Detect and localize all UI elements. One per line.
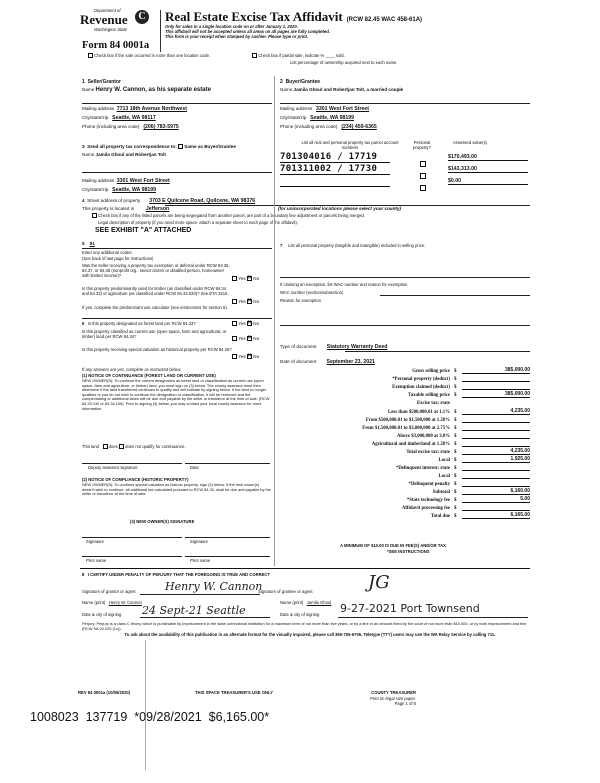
section-4-number: 4 bbox=[82, 198, 85, 203]
parcel-number-field[interactable] bbox=[280, 176, 390, 187]
dor-logo: Department of Revenue Washington State C bbox=[80, 8, 150, 38]
parcel-number-field[interactable]: 701311002 / 17730 bbox=[280, 164, 390, 175]
buyer-mailing-field[interactable]: 3301 West Fort Street bbox=[316, 106, 369, 112]
tax-row: From $500,000.01 to $1,500,000 at 1.28%$ bbox=[330, 415, 530, 423]
grantor-date-field[interactable]: 24 Sept-21 Seattle bbox=[142, 604, 246, 617]
does-not-checkbox[interactable] bbox=[119, 444, 124, 449]
assessed-value-field[interactable]: $143,313.00 bbox=[448, 166, 528, 173]
tax-row: Total due$6,165.00 bbox=[330, 511, 530, 519]
s5-q1: Was the seller receiving a property tax … bbox=[82, 263, 232, 278]
assessed-value-field[interactable]: $170,493.00 bbox=[448, 154, 528, 161]
this-land-label: This land bbox=[82, 444, 99, 449]
correspondence-name-label: Name bbox=[82, 152, 94, 157]
tax-row: Agricultural and timberland at 1.28%$ bbox=[330, 439, 530, 447]
multi-location-label: Check box if the sale occurred in more t… bbox=[94, 53, 210, 58]
grantor-signature[interactable]: Henry W. Cannon bbox=[165, 580, 262, 593]
section-1-number: 1 bbox=[82, 79, 85, 85]
tax-row-value[interactable]: 385,000.00 bbox=[462, 391, 530, 398]
parcel-row: 701311002 / 17730$143,313.00 bbox=[280, 164, 535, 175]
street-field[interactable]: 3703 E Quilcene Road, Quilcene, WA 98376 bbox=[149, 198, 255, 204]
agency-name: Revenue bbox=[80, 12, 128, 28]
same-as-buyer-label: Same as Buyer/Grantee bbox=[184, 144, 236, 149]
certify-statement: I CERTIFY UNDER PENALTY OF PERJURY THAT … bbox=[88, 572, 270, 577]
tax-row: Above $3,000,000 at 3.0%$ bbox=[330, 431, 530, 439]
parcel-row: 701304016 / 17719$170,493.00 bbox=[280, 152, 535, 163]
section-3-number: 3 bbox=[82, 144, 85, 149]
section-5-number: 5 bbox=[82, 241, 85, 246]
wac-field[interactable] bbox=[380, 295, 530, 296]
tax-row-value[interactable]: 6,165.00 bbox=[462, 512, 530, 519]
see-instructions: *SEE INSTRUCTIONS bbox=[387, 549, 430, 554]
tax-row: Affidavit processing fee$ bbox=[330, 503, 530, 511]
checkbox[interactable] bbox=[88, 53, 93, 58]
seller-phone-field[interactable]: (206) 783-5975 bbox=[143, 124, 178, 130]
seller-heading: Seller/Grantor bbox=[88, 79, 121, 85]
tax-row-label: Total due bbox=[330, 514, 454, 519]
use-code[interactable]: 91 bbox=[90, 241, 95, 246]
does-not-label: does not qualify for continuance. bbox=[125, 444, 185, 449]
doc-date-label: Date of document bbox=[280, 359, 316, 364]
s6-q2: Is this property classified as current u… bbox=[82, 329, 232, 339]
correspondence-name-field[interactable]: Jamila Ghoul and Robertjan Tolt bbox=[96, 152, 166, 157]
grantee-name-label: Name (print) bbox=[280, 600, 303, 605]
correspondence-heading: Send all property tax correspondence to: bbox=[87, 144, 177, 149]
section-7-number: 7 bbox=[280, 243, 282, 248]
buyer-city-field[interactable]: Seattle, WA 98199 bbox=[310, 115, 354, 121]
exemption-note: If claiming an exemption, list WAC numbe… bbox=[280, 282, 409, 287]
treasurer-stamp: 1008023 137719 *09/28/2021 $6,165.00* bbox=[30, 710, 269, 724]
tax-row: Gross selling price$385,000.00 bbox=[330, 366, 530, 374]
tax-row: Subtotal$6,160.00 bbox=[330, 487, 530, 495]
minimum-note: A MINIMUM OF $10.00 IS DUE IN FEE(S) AND… bbox=[340, 543, 446, 548]
buyer-mailing-label: Mailing address bbox=[280, 106, 312, 111]
s6-q1-no-checkbox[interactable] bbox=[247, 321, 252, 326]
owner-print-1-label[interactable]: Print name bbox=[86, 558, 106, 563]
personal-property-checkbox[interactable] bbox=[420, 185, 426, 191]
buyer-name-field[interactable]: Jamila Ghoul and Robertjan Tolt, a marri… bbox=[294, 87, 404, 92]
treasurer-only-label: THIS SPACE TREASURER'S USE ONLY bbox=[195, 690, 273, 695]
personal-property-label: List all personal property (tangible and… bbox=[288, 243, 425, 248]
county-select[interactable]: Jefferson bbox=[146, 206, 169, 212]
partial-sale-note: List percentage of ownership acquired ne… bbox=[290, 60, 398, 65]
tax-row-label: Excise tax: state bbox=[330, 401, 454, 406]
grantee-date-label: Date & city of signing bbox=[280, 612, 319, 617]
owner-sig-2-label[interactable]: Signature bbox=[190, 539, 208, 544]
parcel-col-header: List all real and personal property tax … bbox=[300, 140, 400, 150]
legal-description[interactable]: SEE EXHIBIT "A" ATTACHED bbox=[95, 227, 191, 234]
doc-date-field[interactable]: September 23, 2021 bbox=[326, 359, 374, 365]
dollar-sign: $ bbox=[454, 514, 462, 519]
tax-row: *State technology fee$5.00 bbox=[330, 495, 530, 503]
assessed-col-header: Assessed value(s) bbox=[450, 140, 490, 145]
tax-row: Taxable selling price$385,000.00 bbox=[330, 390, 530, 398]
s6-q1: Is this property designated as forest la… bbox=[88, 321, 196, 326]
segregated-label: Check box if any of the listed parcels a… bbox=[98, 213, 365, 218]
tax-row: Exemption claimed (deduct)$ bbox=[330, 382, 530, 390]
grantor-name-label: Name (print) bbox=[82, 600, 105, 605]
grantee-date-field[interactable]: 9-27-2021 Port Townsend bbox=[340, 602, 480, 615]
see-back-label: (See back of last page for instructions) bbox=[82, 256, 153, 261]
perjury-text: Perjury: Perjury is a class C felony whi… bbox=[82, 622, 532, 631]
dor-logo-icon: C bbox=[135, 10, 149, 24]
title: Real Estate Excise Tax Affidavit bbox=[165, 9, 343, 24]
assessor-sig-label: Deputy assessor signature bbox=[88, 465, 138, 470]
county-note: (for unincorporated locations please sel… bbox=[278, 206, 401, 211]
owner-sig-1-label[interactable]: Signature bbox=[86, 539, 104, 544]
doc-type-label: Type of document bbox=[280, 344, 317, 349]
partial-sale-checkbox[interactable]: Check box if partial sale, indicate % __… bbox=[252, 53, 345, 58]
personal-col-header: Personal property? bbox=[408, 140, 436, 150]
correspondence-city-field[interactable]: Seattle, WA 98199 bbox=[112, 187, 156, 193]
tax-row-value[interactable]: 4,235.00 bbox=[462, 448, 530, 455]
grantee-name-field[interactable]: Jamila Ghoul bbox=[307, 600, 331, 605]
tax-row-value[interactable]: 385,000.00 bbox=[462, 367, 530, 374]
s6-if-yes: If any answers are yes, complete as inst… bbox=[82, 367, 181, 372]
statute: (RCW 82.45 WAC 458-61A) bbox=[347, 17, 422, 23]
s6-q3-no-checkbox[interactable] bbox=[247, 354, 252, 359]
parcel-row: $0.00 bbox=[280, 176, 535, 187]
seller-city-field[interactable]: Seattle, WA 98117 bbox=[112, 115, 156, 121]
tax-row: Less than $500,000.01 at 1.1%$4,235.00 bbox=[330, 407, 530, 415]
agency-state: Washington State bbox=[94, 27, 127, 32]
correspondence-mailing-field[interactable]: 3301 West Fort Street bbox=[117, 178, 170, 184]
tax-row: Local$ bbox=[330, 471, 530, 479]
buyer-name-label: Name bbox=[280, 87, 292, 92]
grantee-sig-label: Signature of grantee or agent bbox=[258, 589, 312, 594]
seller-city-label: City/state/zip bbox=[82, 115, 108, 120]
rev-label: REV 84 0001a (10/05/2020) bbox=[78, 690, 130, 695]
owner-print-2-label[interactable]: Print name bbox=[190, 558, 210, 563]
s6-q1-yes-checkbox[interactable] bbox=[232, 321, 237, 326]
assessed-value-field[interactable]: $0.00 bbox=[448, 178, 528, 185]
tax-row: *Personal property (deduct)$ bbox=[330, 374, 530, 382]
county-label: This property is located in bbox=[82, 206, 134, 211]
grantor-sig-label: Signature of grantor or agent bbox=[82, 589, 136, 594]
does-label: does bbox=[109, 444, 118, 449]
segregated-checkbox[interactable] bbox=[92, 213, 97, 218]
tax-row: *Delinquent interest: state$ bbox=[330, 463, 530, 471]
legal-label: Legal description of property (if you ne… bbox=[98, 220, 298, 225]
form-number: Form 84 0001a bbox=[82, 40, 149, 51]
s6-q3: Is this property receiving special valua… bbox=[82, 347, 232, 352]
multi-location-checkbox[interactable]: Check box if the sale occurred in more t… bbox=[88, 53, 210, 58]
s5-q2-no-checkbox[interactable] bbox=[247, 299, 252, 304]
doc-type-field[interactable]: Statutory Warranty Deed bbox=[327, 344, 388, 350]
accessibility-text: To ask about the availability of this pu… bbox=[110, 632, 510, 637]
tax-row: Excise tax: state bbox=[330, 398, 530, 406]
seller-mailing-field[interactable]: 7713 18th Avenue Northwest bbox=[117, 106, 187, 112]
s6-q2-yes-checkbox[interactable] bbox=[232, 336, 237, 341]
s5-q1-yes-checkbox[interactable] bbox=[232, 276, 237, 281]
page-number: Page 1 of 6 bbox=[356, 701, 416, 706]
parcel-number-field[interactable]: 701304016 / 17719 bbox=[280, 152, 390, 163]
grantor-date-label: Date & city of signing bbox=[82, 612, 121, 617]
county-treasurer-label: COUNTY TREASURER bbox=[356, 690, 416, 695]
reason-label: Reason for exemption bbox=[280, 298, 321, 303]
s5-q2: Is this property predominantly used for … bbox=[82, 286, 232, 296]
section-6-number: 6 bbox=[82, 321, 84, 326]
header-note-3: This form is your receipt when stamped b… bbox=[165, 34, 330, 39]
same-as-buyer-checkbox[interactable] bbox=[178, 144, 183, 149]
grantor-name-field[interactable]: Henry W. Cannon bbox=[109, 600, 142, 605]
s5-q1-no-checkbox[interactable] bbox=[247, 276, 252, 281]
notice2-body: NEW OWNER(S): To continue special valuat… bbox=[82, 483, 272, 497]
tax-row: From $1,500,000.01 to $3,000,000 at 2.75… bbox=[330, 423, 530, 431]
seller-name-field[interactable]: Henry W. Cannon, as his separate estate bbox=[96, 87, 211, 93]
correspondence-city-label: City/state/zip bbox=[82, 187, 108, 192]
checkbox[interactable] bbox=[252, 53, 257, 58]
correspondence-mailing-label: Mailing address bbox=[82, 178, 114, 183]
additional-codes-label: Enter any additional codes: bbox=[82, 250, 133, 255]
partial-sale-label: Check box if partial sale, indicate % __… bbox=[258, 53, 345, 58]
tax-row-value[interactable]: 6,160.00 bbox=[462, 488, 530, 495]
seller-phone-label: Phone (including area code) bbox=[82, 124, 139, 129]
street-label: Street address of property bbox=[87, 198, 140, 203]
reason-field[interactable] bbox=[280, 325, 530, 326]
tax-row-value[interactable]: 1,925.00 bbox=[462, 456, 530, 463]
tax-row: *Delinquent penalty$ bbox=[330, 479, 530, 487]
s6-q3-yes-checkbox[interactable] bbox=[232, 354, 237, 359]
buyer-phone-label: Phone (including area code) bbox=[280, 124, 337, 129]
s5-q2-note: If yes, complete the predominant use cal… bbox=[82, 305, 262, 310]
assessor-date-label: Date bbox=[190, 465, 199, 470]
buyer-heading: Buyer/Grantee bbox=[286, 79, 320, 85]
tax-row-value[interactable]: 5.00 bbox=[462, 496, 530, 503]
tax-row-value[interactable]: 4,235.00 bbox=[462, 408, 530, 415]
grantee-signature[interactable]: JG bbox=[368, 572, 390, 593]
notice1-body: NEW OWNER(S): To continue the current de… bbox=[82, 379, 272, 411]
tax-row: Total excise tax: state$4,235.00 bbox=[330, 447, 530, 455]
seller-mailing-label: Mailing address bbox=[82, 106, 114, 111]
section-8-number: 8 bbox=[82, 572, 84, 577]
seller-name-label: Name bbox=[82, 87, 94, 92]
new-owner-sig-heading: (3) NEW OWNER(S) SIGNATURE bbox=[130, 519, 194, 524]
buyer-city-label: City/state/zip bbox=[280, 115, 306, 120]
wac-label: WAC number (section/subsection) bbox=[280, 290, 343, 295]
section-2-number: 2 bbox=[280, 79, 283, 85]
buyer-phone-field[interactable]: (234) 459-6365 bbox=[341, 124, 376, 130]
does-checkbox[interactable] bbox=[103, 444, 108, 449]
s6-q2-no-checkbox[interactable] bbox=[247, 336, 252, 341]
s5-q2-yes-checkbox[interactable] bbox=[232, 299, 237, 304]
tax-row: Local$1,925.00 bbox=[330, 455, 530, 463]
